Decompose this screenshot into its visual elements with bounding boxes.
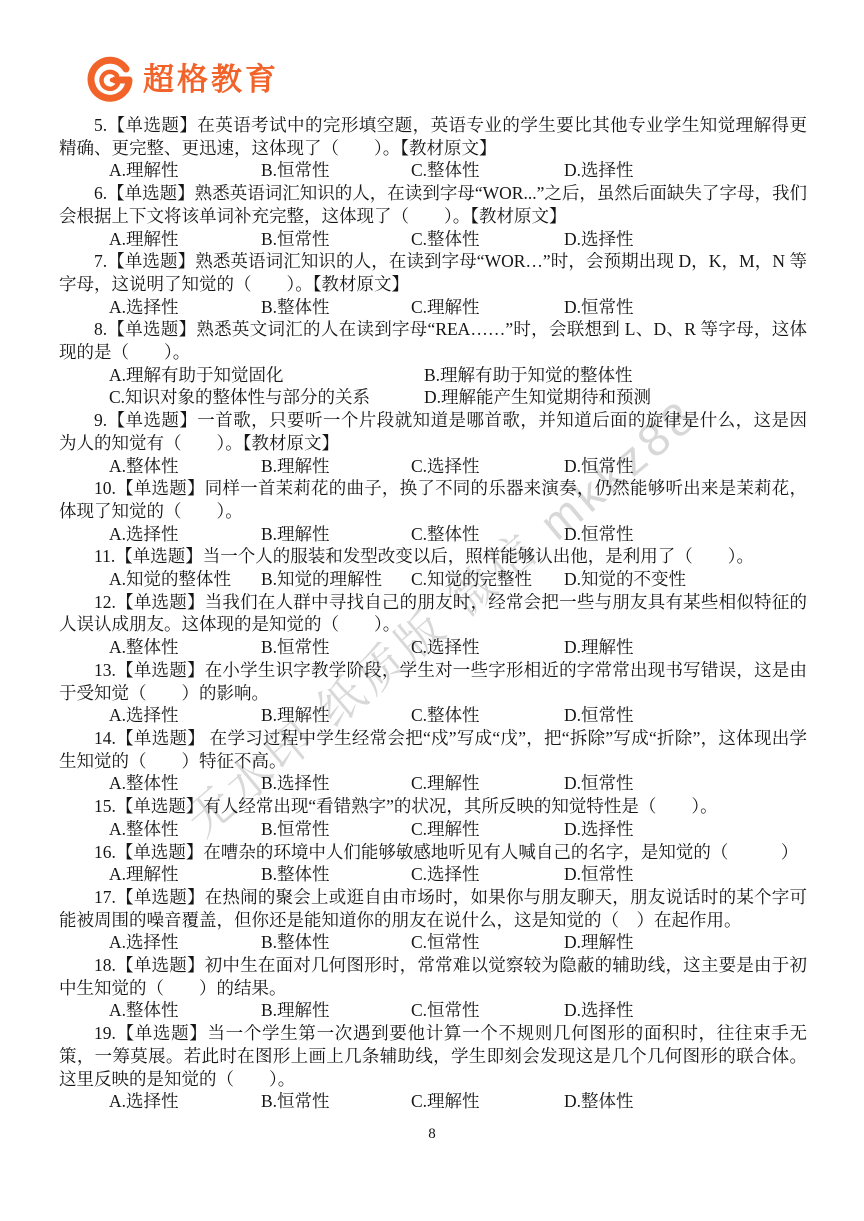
options-row: A.整体性B.选择性C.理解性D.恒常性 xyxy=(59,772,807,795)
option-b: B.整体性 xyxy=(261,296,411,319)
question-text: 13.【单选题】在小学生识字教学阶段，学生对一些字形相近的字常常出现书写错误，这… xyxy=(59,659,807,704)
options-row: A.选择性B.恒常性C.理解性D.整体性 xyxy=(59,1090,807,1113)
question-block: 18.【单选题】初中生在面对几何图形时，常常难以觉察较为隐蔽的辅助线，这主要是由… xyxy=(59,954,807,1022)
chaoge-g-icon xyxy=(86,56,134,104)
options-row: A.整体性B.理解性C.恒常性D.选择性 xyxy=(59,999,807,1022)
question-text: 6.【单选题】熟悉英语词汇知识的人，在读到字母“WOR...”之后，虽然后面缺失… xyxy=(59,182,807,227)
option-a: A.整体性 xyxy=(109,999,261,1022)
question-block: 15.【单选题】有人经常出现“看错熟字”的状况，其所反映的知觉特性是（ ）。 A… xyxy=(59,795,807,840)
option-c: C.整体性 xyxy=(411,704,564,727)
option-d: D.选择性 xyxy=(564,159,807,182)
question-text: 11.【单选题】当一个人的服装和发型改变以后，照样能够认出他，是利用了（ ）。 xyxy=(59,545,807,568)
question-block: 13.【单选题】在小学生识字教学阶段，学生对一些字形相近的字常常出现书写错误，这… xyxy=(59,659,807,727)
options-row: A.理解有助于知觉固化B.理解有助于知觉的整体性 xyxy=(59,364,807,387)
page-number: 8 xyxy=(0,1126,864,1143)
option-d: D.恒常性 xyxy=(564,523,807,546)
question-text: 5.【单选题】在英语考试中的完形填空题，英语专业的学生要比其他专业学生知觉理解得… xyxy=(59,114,807,159)
option-c: C.选择性 xyxy=(411,636,564,659)
option-b: B.恒常性 xyxy=(261,636,411,659)
question-block: 17.【单选题】在热闹的聚会上或逛自由市场时，如果你与朋友聊天，朋友说话时的某个… xyxy=(59,886,807,954)
option-c: C.选择性 xyxy=(411,455,564,478)
options-row: C.知识对象的整体性与部分的关系D.理解能产生知觉期待和预测 xyxy=(59,386,807,409)
option-d: D.选择性 xyxy=(564,228,807,251)
question-text: 10.【单选题】同样一首茉莉花的曲子，换了不同的乐器来演奏，仍然能够听出来是茉莉… xyxy=(59,477,807,522)
option-b: B.恒常性 xyxy=(261,818,411,841)
question-block: 6.【单选题】熟悉英语词汇知识的人，在读到字母“WOR...”之后，虽然后面缺失… xyxy=(59,182,807,250)
options-row: A.理解性B.整体性C.选择性D.恒常性 xyxy=(59,863,807,886)
question-block: 9.【单选题】一首歌，只要听一个片段就知道是哪首歌，并知道后面的旋律是什么，这是… xyxy=(59,409,807,477)
option-c: C.恒常性 xyxy=(411,999,564,1022)
option-c: C.理解性 xyxy=(411,1090,564,1113)
question-block: 16.【单选题】在嘈杂的环境中人们能够敏感地听见有人喊自己的名字，是知觉的（ ）… xyxy=(59,841,807,886)
option-b: B.理解性 xyxy=(261,523,411,546)
option-a: A.整体性 xyxy=(109,636,261,659)
option-d: D.恒常性 xyxy=(564,296,807,319)
option-d: D.恒常性 xyxy=(564,704,807,727)
option-d: D.知觉的不变性 xyxy=(564,568,807,591)
option-a: A.整体性 xyxy=(109,818,261,841)
option-b: B.理解性 xyxy=(261,455,411,478)
options-row: A.理解性B.恒常性C.整体性D.选择性 xyxy=(59,228,807,251)
question-text: 15.【单选题】有人经常出现“看错熟字”的状况，其所反映的知觉特性是（ ）。 xyxy=(59,795,807,818)
options-row: A.整体性B.理解性C.选择性D.恒常性 xyxy=(59,455,807,478)
question-block: 11.【单选题】当一个人的服装和发型改变以后，照样能够认出他，是利用了（ ）。 … xyxy=(59,545,807,590)
brand-logo: 超格教育 xyxy=(86,56,279,104)
option-a: A.选择性 xyxy=(109,523,261,546)
option-b: B.恒常性 xyxy=(261,228,411,251)
question-block: 10.【单选题】同样一首茉莉花的曲子，换了不同的乐器来演奏，仍然能够听出来是茉莉… xyxy=(59,477,807,545)
questions-list: 5.【单选题】在英语考试中的完形填空题，英语专业的学生要比其他专业学生知觉理解得… xyxy=(59,114,807,1113)
option-a: A.理解性 xyxy=(109,228,261,251)
option-c: C.理解性 xyxy=(411,818,564,841)
option-c: C.知觉的完整性 xyxy=(411,568,564,591)
option-d: D.理解性 xyxy=(564,636,807,659)
option-a: A.理解性 xyxy=(109,159,261,182)
option-a: A.整体性 xyxy=(109,772,261,795)
options-row: A.选择性B.整体性C.理解性D.恒常性 xyxy=(59,296,807,319)
option-d: D.整体性 xyxy=(564,1090,807,1113)
option-b: B.整体性 xyxy=(261,863,411,886)
option-a: A.知觉的整体性 xyxy=(109,568,261,591)
question-block: 8.【单选题】熟悉英文词汇的人在读到字母“REA……”时，会联想到 L、D、R … xyxy=(59,318,807,409)
option-a: A.整体性 xyxy=(109,455,261,478)
option-b: B.选择性 xyxy=(261,772,411,795)
option-c: C.整体性 xyxy=(411,228,564,251)
option-c: C.理解性 xyxy=(411,296,564,319)
question-text: 7.【单选题】熟悉英语词汇知识的人，在读到字母“WOR…”时，会预期出现 D，K… xyxy=(59,250,807,295)
options-row: A.整体性B.恒常性C.理解性D.选择性 xyxy=(59,818,807,841)
option-a: A.选择性 xyxy=(109,931,261,954)
question-block: 19.【单选题】当一个学生第一次遇到要他计算一个不规则几何图形的面积时，往往束手… xyxy=(59,1022,807,1113)
option-d: D.理解性 xyxy=(564,931,807,954)
option-a: A.选择性 xyxy=(109,1090,261,1113)
question-text: 9.【单选题】一首歌，只要听一个片段就知道是哪首歌，并知道后面的旋律是什么，这是… xyxy=(59,409,807,454)
option-d: D.恒常性 xyxy=(564,863,807,886)
question-text: 19.【单选题】当一个学生第一次遇到要他计算一个不规则几何图形的面积时，往往束手… xyxy=(59,1022,807,1090)
option-c: C.恒常性 xyxy=(411,931,564,954)
option-b: B.恒常性 xyxy=(261,159,411,182)
question-block: 12.【单选题】当我们在人群中寻找自己的朋友时，经常会把一些与朋友具有某些相似特… xyxy=(59,591,807,659)
question-block: 5.【单选题】在英语考试中的完形填空题，英语专业的学生要比其他专业学生知觉理解得… xyxy=(59,114,807,182)
option-a: A.选择性 xyxy=(109,296,261,319)
option-c: C.选择性 xyxy=(411,863,564,886)
option-c: C.整体性 xyxy=(411,523,564,546)
options-row: A.理解性B.恒常性C.整体性D.选择性 xyxy=(59,159,807,182)
option-a: A.理解性 xyxy=(109,863,261,886)
options-row: A.选择性B.理解性C.整体性D.恒常性 xyxy=(59,704,807,727)
option-d: D.恒常性 xyxy=(564,772,807,795)
option-b: B.理解性 xyxy=(261,704,411,727)
option-d: D.理解能产生知觉期待和预测 xyxy=(424,386,807,409)
question-text: 18.【单选题】初中生在面对几何图形时，常常难以觉察较为隐蔽的辅助线，这主要是由… xyxy=(59,954,807,999)
question-text: 14.【单选题】 在学习过程中学生经常会把“戍”写成“戊”，把“拆除”写成“折除… xyxy=(59,727,807,772)
option-c: C.知识对象的整体性与部分的关系 xyxy=(109,386,424,409)
options-row: A.选择性B.整体性C.恒常性D.理解性 xyxy=(59,931,807,954)
option-b: B.恒常性 xyxy=(261,1090,411,1113)
options-row: A.选择性B.理解性C.整体性D.恒常性 xyxy=(59,523,807,546)
question-text: 16.【单选题】在嘈杂的环境中人们能够敏感地听见有人喊自己的名字，是知觉的（ ） xyxy=(59,841,807,864)
option-c: C.理解性 xyxy=(411,772,564,795)
options-row: A.整体性B.恒常性C.选择性D.理解性 xyxy=(59,636,807,659)
option-b: B.理解有助于知觉的整体性 xyxy=(424,364,807,387)
question-block: 14.【单选题】 在学习过程中学生经常会把“戍”写成“戊”，把“拆除”写成“折除… xyxy=(59,727,807,795)
option-b: B.整体性 xyxy=(261,931,411,954)
logo-text: 超格教育 xyxy=(143,56,279,104)
option-c: C.整体性 xyxy=(411,159,564,182)
options-row: A.知觉的整体性B.知觉的理解性C.知觉的完整性D.知觉的不变性 xyxy=(59,568,807,591)
option-b: B.理解性 xyxy=(261,999,411,1022)
option-d: D.恒常性 xyxy=(564,455,807,478)
question-block: 7.【单选题】熟悉英语词汇知识的人，在读到字母“WOR…”时，会预期出现 D，K… xyxy=(59,250,807,318)
option-a: A.选择性 xyxy=(109,704,261,727)
option-b: B.知觉的理解性 xyxy=(261,568,411,591)
question-text: 17.【单选题】在热闹的聚会上或逛自由市场时，如果你与朋友聊天，朋友说话时的某个… xyxy=(59,886,807,931)
option-a: A.理解有助于知觉固化 xyxy=(109,364,424,387)
option-d: D.选择性 xyxy=(564,999,807,1022)
document-page: 超格教育 无水印 纸质版 微信 mkkz88 5.【单选题】在英语考试中的完形填… xyxy=(0,0,864,1221)
option-d: D.选择性 xyxy=(564,818,807,841)
question-text: 8.【单选题】熟悉英文词汇的人在读到字母“REA……”时，会联想到 L、D、R … xyxy=(59,318,807,363)
question-text: 12.【单选题】当我们在人群中寻找自己的朋友时，经常会把一些与朋友具有某些相似特… xyxy=(59,591,807,636)
